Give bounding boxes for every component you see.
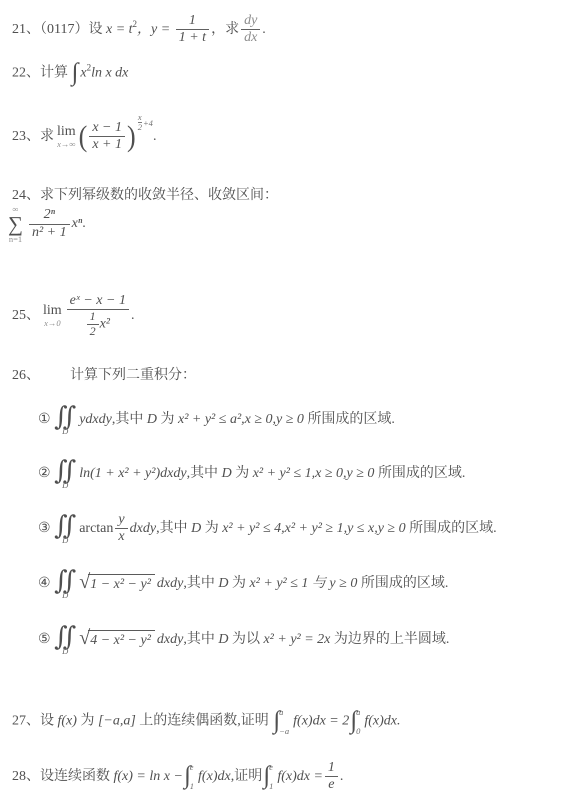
problem-26: 26、计算下列二重积分：: [12, 364, 196, 384]
integrand: ydxdy: [79, 412, 112, 427]
problem-number: 26、: [12, 368, 40, 383]
period: .: [340, 769, 344, 784]
desc-part: 所围成的区域.: [304, 412, 395, 427]
sqrt-expression: √4 − x² − y²: [79, 630, 155, 650]
separator: ，: [211, 22, 225, 37]
desc-part: 为: [201, 521, 222, 536]
subproblem-4: ④ ∬D√1 − x² − y²dxdy,其中 D 为 x² + y² ≤ 1 …: [38, 568, 448, 600]
desc-part: 为边界的上半圆域.: [330, 632, 449, 647]
text-part: ,证明: [231, 769, 263, 784]
limit-operator: limx→0: [43, 304, 62, 328]
fraction-y-x: yx: [115, 512, 127, 545]
problem-title: 计算下列二重积分：: [70, 368, 196, 383]
problem-22: 22、计算 ∫x2ln x dx: [12, 60, 128, 86]
text-part: 设: [40, 714, 58, 729]
integral-1-e: ∫e1: [263, 763, 276, 790]
desc-part: 为: [157, 412, 178, 427]
subproblem-5: ⑤ ∬D√4 − x² − y²dxdy,其中 D 为以 x² + y² = 2…: [38, 624, 449, 656]
right-paren: ): [127, 122, 136, 152]
dxdy-label: dxdy: [157, 576, 183, 591]
problem-24: 24、求下列幂级数的收敛半径、收敛区间：: [12, 184, 278, 204]
domain-var: D: [218, 576, 228, 591]
problem-number: 23、: [12, 129, 40, 144]
desc-part: 为: [228, 576, 249, 591]
fraction-1-e: 1e: [325, 760, 338, 793]
main-fraction: eˣ − x − 112x²: [67, 293, 129, 339]
dxdy-label: dxdy: [157, 632, 183, 647]
period: .: [131, 308, 135, 323]
problem-number: 28、: [12, 769, 40, 784]
item-marker: ③: [38, 521, 51, 536]
left-paren: (: [79, 122, 88, 152]
problem-24-series: ∞∑n=12ⁿn² + 1xⁿ.: [8, 205, 86, 243]
fraction-1-over-1plust: 11 + t: [176, 13, 209, 46]
double-integral-icon: ∬D: [54, 458, 76, 490]
denominator: 12x²: [67, 309, 129, 339]
arctan-label: arctan: [79, 521, 113, 536]
desc-part: ,其中: [187, 466, 222, 481]
period: .: [262, 22, 266, 37]
mini-fraction-x-2: x2: [138, 113, 142, 133]
limit-operator: limx→∞: [57, 125, 76, 149]
domain-var: D: [222, 466, 232, 481]
problem-28: 28、设连续函数 f(x) = ln x −∫e1f(x)dx,证明∫e1f(x…: [12, 760, 343, 793]
integral-minusa-a: ∫a−a: [273, 708, 292, 735]
period: .: [153, 129, 157, 144]
separator: ，: [137, 22, 151, 37]
item-marker: ②: [38, 466, 51, 481]
integral-1-e: ∫e1: [184, 763, 197, 790]
text-part: 上的连续偶函数,证明: [136, 714, 273, 729]
problem-21: 21、（0117）设 x = t2，y = 11 + t，求dydx.: [12, 13, 266, 46]
integrand-rest: ln x dx: [91, 65, 128, 80]
domain-condition: x² + y² ≤ 1,x ≥ 0,y ≥ 0: [253, 466, 375, 481]
radical-icon: √: [79, 628, 90, 648]
subproblem-1: ① ∬Dydxdy,其中 D 为 x² + y² ≤ a²,x ≥ 0,y ≥ …: [38, 404, 395, 436]
sigma-icon: ∑: [8, 214, 23, 235]
half-fraction: 12: [87, 310, 99, 339]
equation-part: f(x)dx =: [277, 769, 323, 784]
problem-number: 25、: [12, 308, 40, 323]
qiu-label: 求: [225, 22, 239, 37]
problem-intro: 计算: [40, 65, 72, 80]
desc-part: 所围成的区域.: [357, 576, 448, 591]
x-squared: x²: [100, 317, 110, 332]
domain-var: D: [191, 521, 201, 536]
subproblem-3: ③ ∬Darctanyxdxdy,其中 D 为 x² + y² ≤ 4,x² +…: [38, 512, 497, 545]
double-integral-icon: ∬D: [54, 513, 76, 545]
domain-condition: x² + y² ≤ a²,x ≥ 0,y ≥ 0: [178, 412, 304, 427]
double-integral-icon: ∬D: [54, 404, 76, 436]
exponent-plus4: +4: [143, 118, 153, 128]
sqrt-expression: √1 − x² − y²: [79, 574, 155, 594]
domain-condition: x² + y² ≤ 4,x² + y² ≥ 1,y ≤ x,y ≥ 0: [222, 521, 405, 536]
integral-0-a: ∫a0: [350, 708, 363, 735]
desc-part: ,其中: [183, 632, 218, 647]
integral-icon: ∫: [72, 59, 79, 86]
domain-condition: x² + y² ≤ 1 与 y ≥ 0: [249, 576, 357, 591]
desc-part: 所围成的区域.: [374, 466, 465, 481]
domain-var: D: [218, 632, 228, 647]
interval-label: [−a,a]: [98, 714, 136, 729]
problem-title: 求下列幂级数的收敛半径、收敛区间：: [40, 188, 278, 203]
text-part: 为: [77, 714, 98, 729]
subproblem-2: ② ∬Dln(1 + x² + y²)dxdy,其中 D 为 x² + y² ≤…: [38, 458, 465, 490]
desc-part: 为以: [228, 632, 263, 647]
fx-label: f(x): [58, 714, 77, 729]
dxdy-label: dxdy: [130, 521, 156, 536]
desc-part: 为: [232, 466, 253, 481]
fraction-dy-dx: dydx: [241, 13, 260, 46]
problem-number: 22、: [12, 65, 40, 80]
fraction-xminus1-xplus1: x − 1x + 1: [89, 120, 125, 153]
domain-condition: x² + y² = 2x: [263, 632, 330, 647]
equation-y: y =: [151, 22, 170, 37]
problem-number: 21、: [12, 22, 40, 37]
problem-number: 27、: [12, 714, 40, 729]
text-part: 设连续函数: [40, 769, 114, 784]
problem-intro: （0117）设: [40, 22, 106, 37]
problem-25: 25、limx→0eˣ − x − 112x².: [12, 293, 134, 339]
problem-27: 27、设 f(x) 为 [−a,a] 上的连续偶函数,证明 ∫a−af(x)dx…: [12, 708, 401, 735]
problem-number: 24、: [12, 188, 40, 203]
fraction-2n-n2plus1: 2ⁿn² + 1: [29, 207, 70, 240]
equation-part: f(x) = ln x −: [114, 769, 183, 784]
period: .: [82, 216, 86, 231]
equation-part: f(x)dx = 2: [293, 714, 349, 729]
double-integral-icon: ∬D: [54, 568, 76, 600]
item-marker: ⑤: [38, 632, 51, 647]
equation-x: x = t: [106, 22, 133, 37]
domain-var: D: [147, 412, 157, 427]
desc-part: ,其中: [112, 412, 147, 427]
equation-part: f(x)dx.: [364, 714, 400, 729]
double-integral-icon: ∬D: [54, 624, 76, 656]
desc-part: ,其中: [183, 576, 218, 591]
problem-23: 23、求limx→∞(x − 1x + 1)x2+4.: [12, 120, 156, 153]
desc-part: 所围成的区域.: [406, 521, 497, 536]
summation-operator: ∞∑n=1: [8, 205, 23, 243]
item-marker: ④: [38, 576, 51, 591]
exponent-group: x2+4: [138, 113, 153, 133]
equation-part: f(x)dx: [198, 769, 231, 784]
desc-part: ,其中: [156, 521, 191, 536]
math-worksheet-page: 21、（0117）设 x = t2，y = 11 + t，求dydx. 22、计…: [0, 0, 564, 800]
item-marker: ①: [38, 412, 51, 427]
integrand: ln(1 + x² + y²)dxdy: [79, 466, 186, 481]
radical-icon: √: [79, 572, 90, 592]
problem-intro: 求: [40, 129, 54, 144]
series-term: xⁿ: [72, 216, 83, 231]
